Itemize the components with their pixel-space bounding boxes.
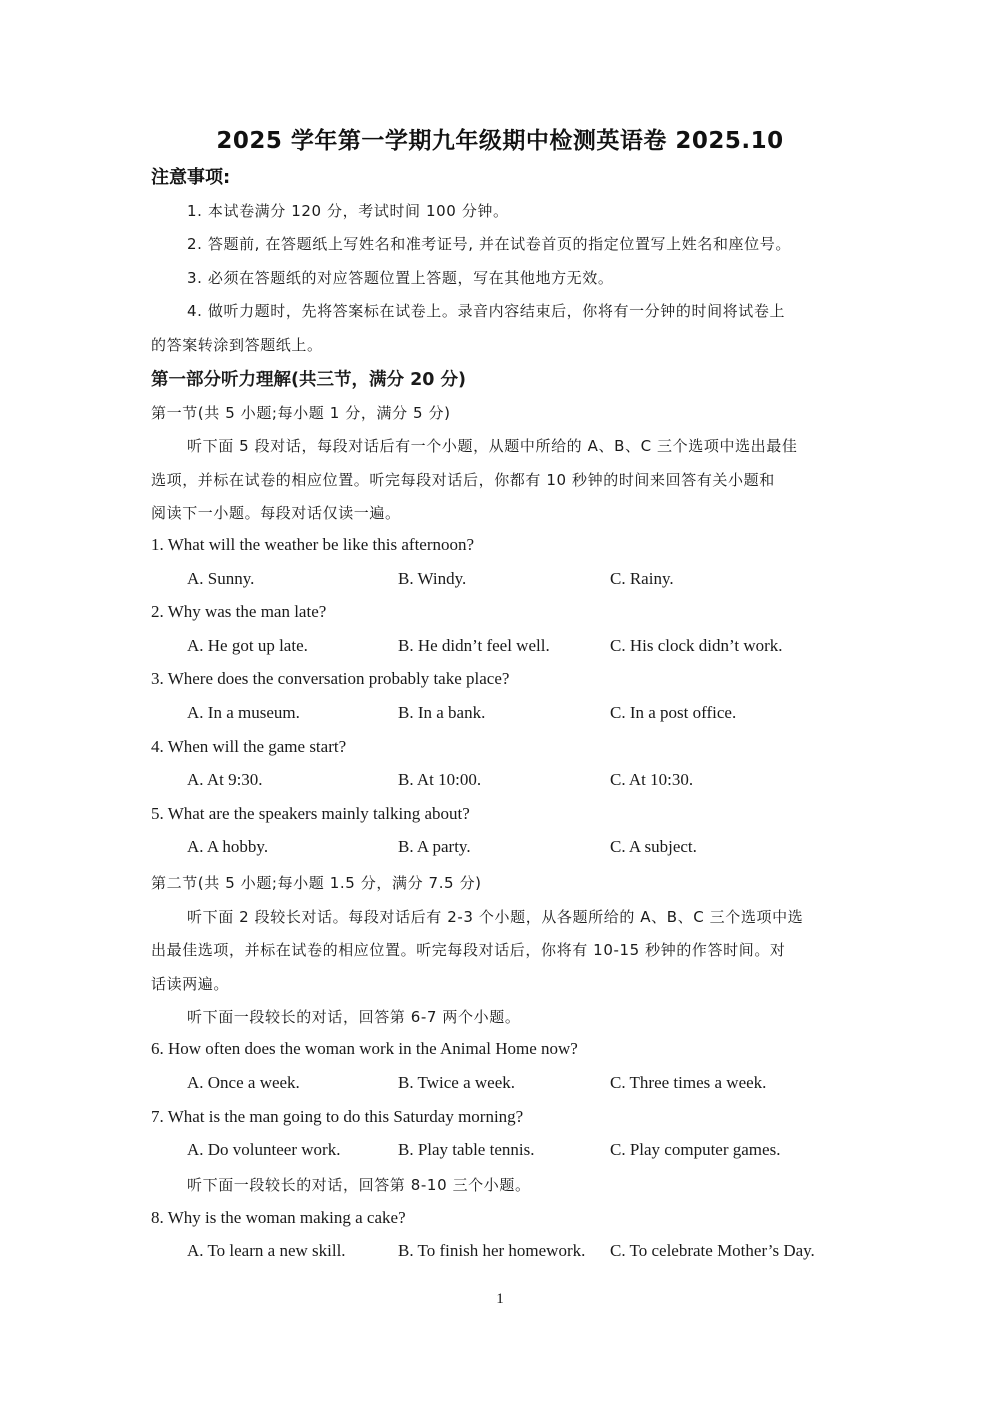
q5-option-c: C. A subject. [610, 837, 697, 857]
section1-instruction-line-1: 听下面 5 段对话，每段对话后有一个小题，从题中所给的 A、B、C 三个选项中选… [187, 435, 797, 456]
q1-option-a: A. Sunny. [187, 569, 254, 589]
dialogue-1-note: 听下面一段较长的对话，回答第 6-7 两个小题。 [187, 1006, 520, 1027]
section2-instruction-line-3: 话读两遍。 [151, 973, 229, 994]
question-2: 2. Why was the man late? [151, 602, 326, 622]
question-3: 3. Where does the conversation probably … [151, 669, 509, 689]
notice-item-1: 1. 本试卷满分 120 分，考试时间 100 分钟。 [187, 200, 509, 221]
q6-option-b: B. Twice a week. [398, 1073, 515, 1093]
question-4: 4. When will the game start? [151, 737, 346, 757]
q2-option-b: B. He didn’t feel well. [398, 636, 550, 656]
q4-option-b: B. At 10:00. [398, 770, 481, 790]
q3-option-b: B. In a bank. [398, 703, 485, 723]
q4-option-a: A. At 9:30. [187, 770, 263, 790]
page-number: 1 [0, 1291, 1000, 1308]
question-1: 1. What will the weather be like this af… [151, 535, 474, 555]
question-7: 7. What is the man going to do this Satu… [151, 1107, 523, 1127]
notice-item-2: 2. 答题前, 在答题纸上写姓名和准考证号, 并在试卷首页的指定位置写上姓名和座… [187, 233, 791, 254]
section2-instruction-line-2: 出最佳选项，并标在试卷的相应位置。听完每段对话后，你将有 10-15 秒钟的作答… [151, 939, 786, 960]
notice-heading: 注意事项: [151, 163, 230, 189]
q3-option-c: C. In a post office. [610, 703, 736, 723]
part1-heading: 第一部分听力理解(共三节，满分 20 分) [151, 366, 466, 391]
q7-option-a: A. Do volunteer work. [187, 1140, 340, 1160]
notice-item-3: 3. 必须在答题纸的对应答题位置上答题，写在其他地方无效。 [187, 267, 613, 288]
section1-instruction-line-3: 阅读下一小题。每段对话仅读一遍。 [151, 502, 401, 523]
question-6: 6. How often does the woman work in the … [151, 1039, 578, 1059]
q3-option-a: A. In a museum. [187, 703, 300, 723]
question-8: 8. Why is the woman making a cake? [151, 1208, 406, 1228]
q8-option-a: A. To learn a new skill. [187, 1241, 346, 1261]
dialogue-2-note: 听下面一段较长的对话，回答第 8-10 三个小题。 [187, 1174, 531, 1195]
q6-option-c: C. Three times a week. [610, 1073, 766, 1093]
section1-instruction-line-2: 选项，并标在试卷的相应位置。听完每段对话后，你都有 10 秒钟的时间来回答有关小… [151, 469, 775, 490]
section2-heading: 第二节(共 5 小题;每小题 1.5 分，满分 7.5 分) [151, 872, 482, 893]
section1-heading: 第一节(共 5 小题;每小题 1 分，满分 5 分) [151, 402, 451, 423]
q5-option-a: A. A hobby. [187, 837, 268, 857]
q8-option-b: B. To finish her homework. [398, 1241, 585, 1261]
q7-option-b: B. Play table tennis. [398, 1140, 534, 1160]
q4-option-c: C. At 10:30. [610, 770, 693, 790]
notice-item-4: 4. 做听力题时，先将答案标在试卷上。录音内容结束后，你将有一分钟的时间将试卷上 [187, 300, 785, 321]
q2-option-a: A. He got up late. [187, 636, 308, 656]
q6-option-a: A. Once a week. [187, 1073, 300, 1093]
q7-option-c: C. Play computer games. [610, 1140, 780, 1160]
q1-option-c: C. Rainy. [610, 569, 674, 589]
q8-option-c: C. To celebrate Mother’s Day. [610, 1241, 815, 1261]
q1-option-b: B. Windy. [398, 569, 466, 589]
exam-page: 2025 学年第一学期九年级期中检测英语卷 2025.10 注意事项: 1. 本… [0, 0, 1000, 1414]
q5-option-b: B. A party. [398, 837, 471, 857]
section2-instruction-line-1: 听下面 2 段较长对话。每段对话后有 2-3 个小题，从各题所给的 A、B、C … [187, 906, 803, 927]
q2-option-c: C. His clock didn’t work. [610, 636, 783, 656]
exam-title: 2025 学年第一学期九年级期中检测英语卷 2025.10 [0, 122, 1000, 155]
notice-item-4-continued: 的答案转涂到答题纸上。 [151, 334, 323, 355]
question-5: 5. What are the speakers mainly talking … [151, 804, 470, 824]
